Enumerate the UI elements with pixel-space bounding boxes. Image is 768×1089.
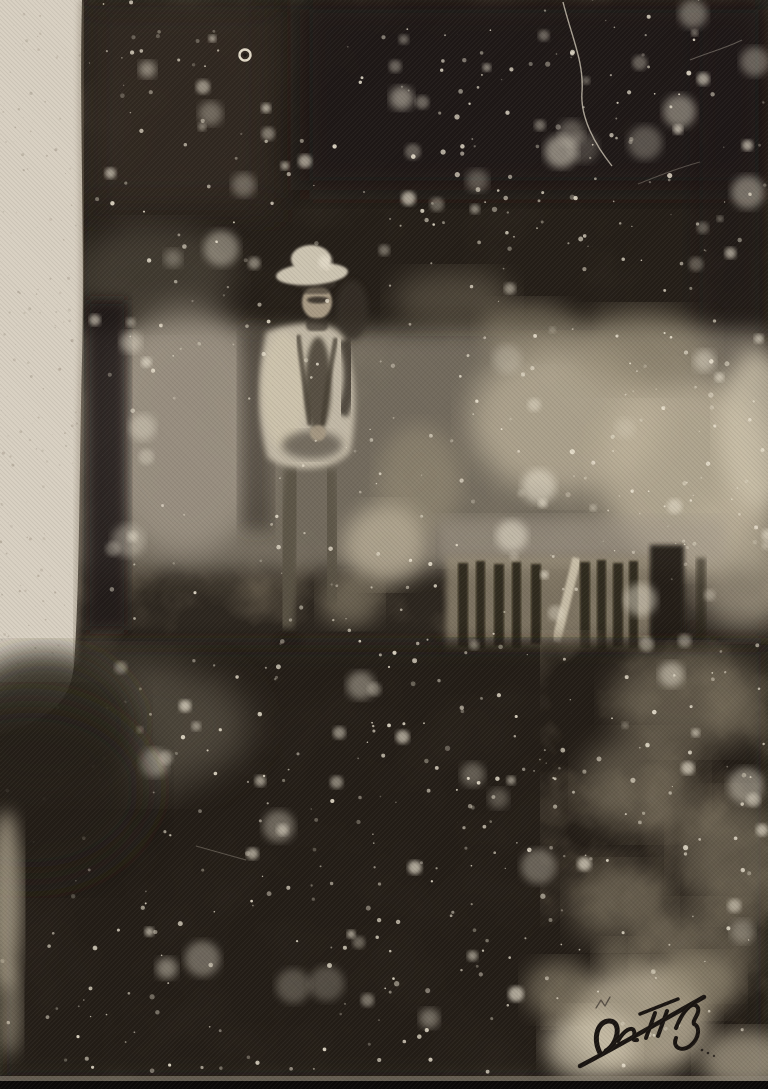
signature-dot [707,1052,710,1055]
bottom-black-strip [0,1081,768,1089]
photo-canvas [0,0,768,1089]
film-grain-dark [0,0,768,1082]
signature-dot [713,1055,715,1057]
bottom-light-line [0,1076,768,1081]
signature-dot [701,1049,704,1052]
photograph-page [0,0,768,1089]
